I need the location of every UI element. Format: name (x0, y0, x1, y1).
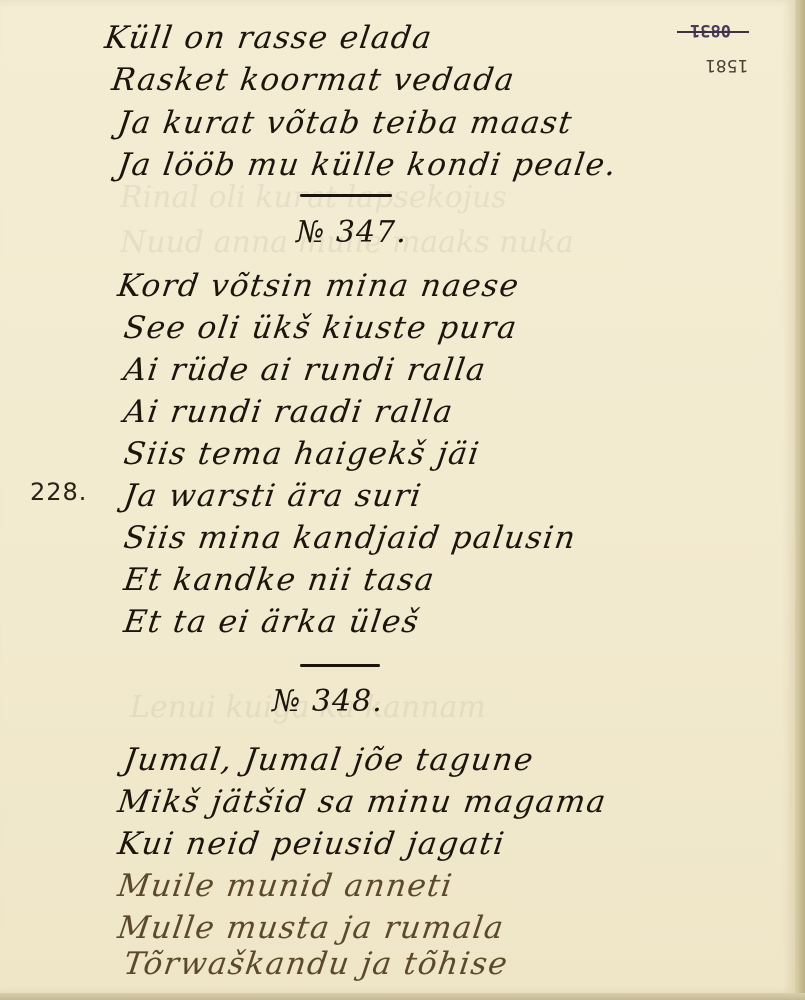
verse-line: Rasket koormat vedada (109, 62, 517, 98)
strike-line (677, 31, 749, 33)
verse-line: Ai rüde ai rundi ralla (121, 352, 488, 388)
verse-line: Et kandke nii tasa (121, 562, 437, 598)
section-divider (300, 194, 392, 197)
song-number: № 348. (272, 684, 383, 719)
verse-line: Siis mina kandjaid palusin (121, 520, 578, 556)
verse-line: Tõrwaškandu ja tõhise (121, 946, 510, 982)
verse-line: Siis tema haigekš jäi (121, 436, 482, 472)
verse-line: Mulle musta ja rumala (115, 910, 506, 946)
verse-line: Ja kurat võtab teiba maast (115, 105, 575, 141)
archive-number: 1581 (705, 55, 748, 75)
verse-line: See oli ükš kiuste pura (121, 310, 520, 346)
verse-line: Ja lööb mu külle kondi peale. (115, 147, 619, 183)
bleed-through-text: Rinal oli kurat lapsekojus (120, 180, 507, 215)
verse-line: Kord võtsin mina naese (115, 268, 522, 304)
verse-line: Küll on rasse elada (102, 20, 435, 56)
song-number: № 347. (296, 215, 407, 250)
page-bottom-edge (0, 993, 805, 1000)
verse-line: Ja warsti ära suri (121, 478, 424, 514)
verse-line: Ai rundi raadi ralla (121, 394, 456, 430)
archive-number-crossed: 0831 (690, 20, 731, 40)
verse-line: Muile munid anneti (115, 868, 455, 904)
margin-number: 228. (30, 478, 87, 506)
page-edge (795, 0, 805, 1000)
section-divider (300, 664, 380, 667)
verse-line: Et ta ei ärka üleš (121, 604, 421, 640)
verse-line: Kui neid peiusid jagati (115, 826, 507, 862)
verse-line: Jumal, Jumal jõe tagune (121, 742, 536, 778)
verse-line: Mikš jätšid sa minu magama (115, 784, 609, 820)
